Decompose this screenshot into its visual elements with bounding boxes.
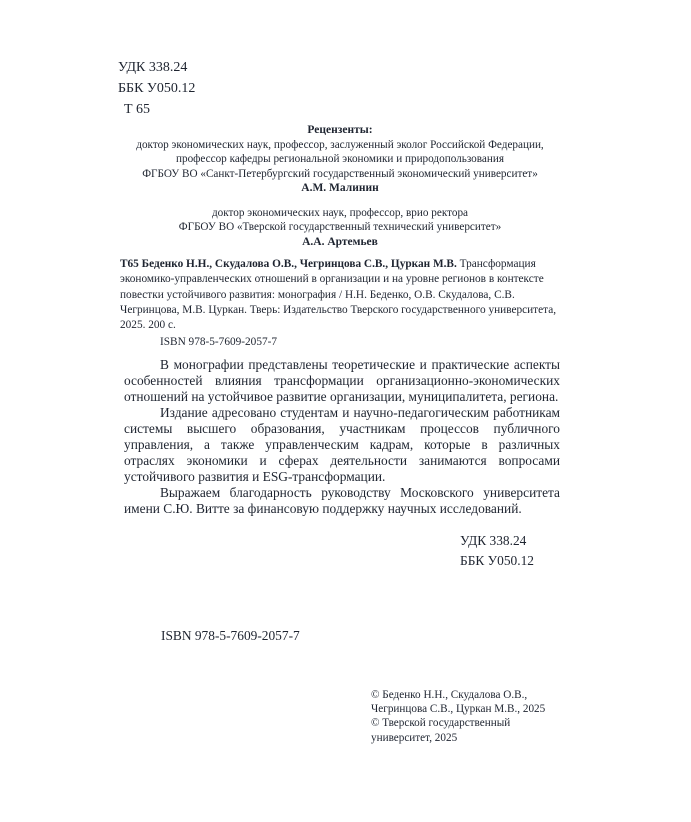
reviewer-1-organization: ФГБОУ ВО «Санкт-Петербургский государств… — [110, 167, 570, 182]
copyright-line: © Беденко Н.Н., Скудалова О.В., — [371, 688, 545, 702]
bibliographic-authors: Т65 Беденко Н.Н., Скудалова О.В., Чегрин… — [120, 258, 457, 270]
bibliographic-isbn: ISBN 978-5-7609-2057-7 — [160, 336, 277, 348]
bibliographic-title-start: Трансформация — [460, 258, 536, 270]
bbk-code: ББК У050.12 — [118, 81, 195, 97]
abstract-block: В монографии представлены теоретические … — [124, 357, 560, 517]
copyright-block: © Беденко Н.Н., Скудалова О.В., Чегринцо… — [371, 688, 545, 745]
reviewers-block: Рецензенты: доктор экономических наук, п… — [110, 123, 570, 249]
footer-bbk-code: ББК У050.12 — [460, 551, 534, 571]
author-mark: Т 65 — [124, 102, 150, 118]
copyright-line: Чегринцова С.В., Цуркан М.В., 2025 — [371, 702, 545, 716]
bibliographic-line: Чегринцова, М.В. Цуркан. Тверь: Издатель… — [120, 303, 572, 318]
bibliographic-line: повестки устойчивого развития: монографи… — [120, 288, 572, 303]
reviewer-2-degree: доктор экономических наук, профессор, вр… — [110, 206, 570, 221]
reviewer-1-degree: доктор экономических наук, профессор, за… — [110, 138, 570, 153]
reviewers-title: Рецензенты: — [110, 123, 570, 138]
bibliographic-record: Т65 Беденко Н.Н., Скудалова О.В., Чегрин… — [120, 257, 572, 333]
abstract-paragraph: В монографии представлены теоретические … — [124, 357, 560, 405]
bibliographic-line: 2025. 200 с. — [120, 318, 572, 333]
book-imprint-page: УДК 338.24 ББК У050.12 Т 65 Рецензенты: … — [0, 0, 691, 822]
reviewer-2-organization: ФГБОУ ВО «Тверской государственный техни… — [110, 220, 570, 235]
footer-udk-code: УДК 338.24 — [460, 531, 534, 551]
udk-code: УДК 338.24 — [118, 60, 187, 76]
isbn-main: ISBN 978-5-7609-2057-7 — [161, 628, 300, 644]
abstract-paragraph: Издание адресовано студентам и научно-пе… — [124, 405, 560, 485]
reviewer-1-name: А.М. Малинин — [110, 181, 570, 196]
footer-codes: УДК 338.24 ББК У050.12 — [460, 531, 534, 571]
abstract-paragraph: Выражаем благодарность руководству Моско… — [124, 485, 560, 517]
reviewer-2-name: А.А. Артемьев — [110, 235, 570, 250]
copyright-line: университет, 2025 — [371, 731, 545, 745]
reviewer-1-position: профессор кафедры региональной экономики… — [110, 152, 570, 167]
bibliographic-line: экономико-управленческих отношений в орг… — [120, 272, 572, 287]
copyright-line: © Тверской государственный — [371, 716, 545, 730]
